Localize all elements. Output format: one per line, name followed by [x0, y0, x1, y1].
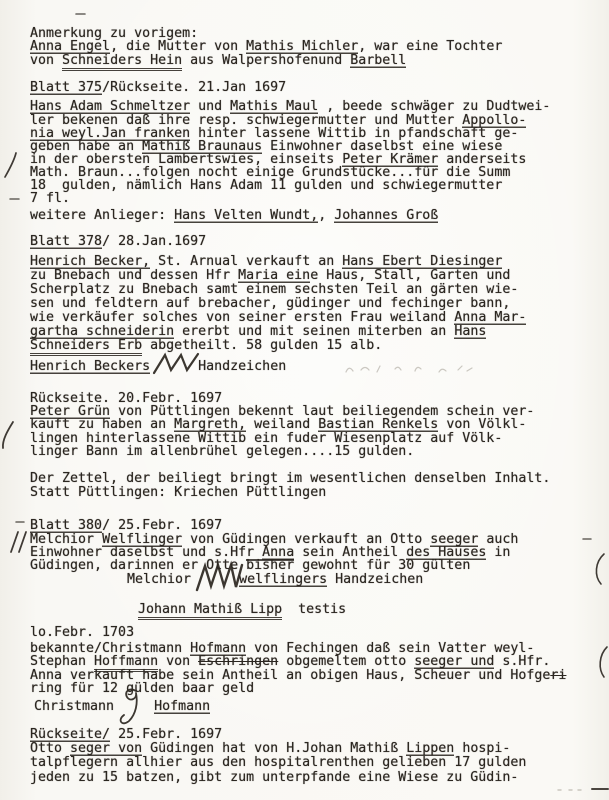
- document-line: gartha schneiderin ererbt und mit seinen…: [30, 325, 486, 339]
- text-segment: Blatt 378: [30, 235, 102, 249]
- text-segment: St. Arnual verkauft an: [150, 255, 342, 269]
- text-segment: in: [486, 546, 510, 560]
- text-segment: Anna Mar-: [454, 311, 526, 325]
- text-segment: Blatt 380: [30, 519, 102, 533]
- text-segment: testis: [282, 603, 346, 617]
- text-segment: Güdingen hat von H.Johan Mathiß: [142, 742, 406, 756]
- text-segment: Stephan: [30, 655, 94, 669]
- text-segment: s.Hfr.: [494, 655, 550, 669]
- text-segment: seeger und: [414, 655, 494, 669]
- text-segment: Hans Ebert Diesinger: [342, 255, 502, 269]
- text-segment: / 28.Jan.1697: [102, 235, 206, 249]
- text-segment: Handzeichen: [198, 360, 286, 374]
- text-segment: bisher: [246, 559, 294, 573]
- text-segment: Güdingen, darinnen er Otte: [30, 559, 246, 573]
- text-segment: Hofmann: [154, 700, 210, 714]
- text-segment: weitere Anlieger:: [30, 209, 174, 223]
- text-segment: von: [158, 655, 198, 669]
- text-segment: Blatt 375: [30, 81, 102, 95]
- text-segment: Johann Mathiß Lipp: [138, 603, 282, 620]
- text-segment: Handzeichen: [327, 573, 423, 587]
- text-segment: , die Mutter von: [110, 40, 246, 54]
- document-line: 7 fl.: [30, 192, 70, 206]
- text-segment: Bastian Renkels: [318, 418, 438, 432]
- document-line: Schneiders Erb abgetheilt. 58 gulden 15 …: [30, 339, 382, 353]
- pencil-note: [343, 360, 478, 380]
- document-line: Der Zettel, der beiliegt bringt im wesen…: [30, 472, 550, 486]
- text-segment: Scherplatz zu Bnebach samt einem sechste…: [30, 283, 518, 297]
- typed-dash-blatt380: [16, 521, 24, 524]
- text-segment: Henrich Beckers: [30, 360, 150, 374]
- document-line: Melchior welflingers Handzeichen: [127, 573, 423, 587]
- document-line: Anna Engel, die Mutter von Mathis Michle…: [30, 40, 502, 54]
- document-line: sen und feldtern auf brebacher, güdinger…: [30, 297, 510, 311]
- text-segment: ring für 12 gülden baar geld: [30, 682, 254, 696]
- text-segment: aus Walpershofenund: [182, 54, 350, 68]
- text-segment: Eschringen: [198, 655, 278, 669]
- document-line: Güdingen, darinnen er Otte bisher gewohn…: [30, 559, 470, 573]
- document-line: ring für 12 gülden baar geld: [30, 682, 254, 696]
- text-segment: , war eine Tochter: [358, 40, 502, 54]
- document-line: wie verkäufer solches von seiner ersten …: [30, 311, 526, 325]
- text-segment: Hans: [454, 325, 486, 339]
- text-segment: 7 fl.: [30, 192, 70, 206]
- text-segment: 18 gulden, nämlich Hans Adam 11 gulden u…: [30, 179, 502, 193]
- typed-dash-7fl: [10, 198, 19, 201]
- typed-dash-right: [583, 538, 591, 541]
- text-segment: abgetheilt. 58 gulden 15 alb.: [142, 339, 382, 353]
- text-segment: Schneiders Hein: [62, 54, 182, 71]
- text-segment: Rückseite/: [30, 728, 110, 742]
- handwritten-slash-mark-1: [4, 152, 18, 178]
- handwritten-parallel-marks: [10, 530, 28, 554]
- right-paren-mark-2: [596, 645, 609, 679]
- text-segment: Mathis Maul: [230, 100, 318, 114]
- text-segment: ri: [550, 669, 566, 683]
- text-segment: linger Bann im allenbrühel gelegen....15…: [30, 445, 414, 459]
- scanned-document-page: Anmerkung zu vorigem:Anna Engel, die Mut…: [0, 0, 609, 800]
- text-segment: hospi-: [454, 742, 510, 756]
- document-line: Henrich Beckers Handzeichen: [30, 360, 286, 374]
- text-segment: Johannes Groß: [334, 209, 438, 223]
- text-segment: , beede schwäger zu Dudtwei-: [318, 100, 550, 114]
- document-line: Scherplatz zu Bnebach samt einem sechste…: [30, 283, 518, 297]
- text-segment: [122, 700, 154, 714]
- text-segment: zu Bnebach und dessen Hfr: [30, 269, 238, 283]
- document-line: 18 gulden, nämlich Hans Adam 11 gulden u…: [30, 179, 502, 193]
- document-line: Christmann Hofmann: [34, 700, 210, 714]
- document-line: von Schneiders Hein aus Walpershofenund …: [30, 54, 406, 68]
- document-line: Johann Mathiß Lipp testis: [138, 603, 346, 617]
- document-line: talpflegern allhier aus den hospitalrent…: [30, 756, 526, 770]
- text-segment: wie verkäufer solches von seiner ersten …: [30, 311, 454, 325]
- document-line: linger Bann im allenbrühel gelegen....15…: [30, 445, 414, 459]
- pencil-dots-bottom: [556, 788, 582, 792]
- text-segment: sen und feldtern auf brebacher, güdinger…: [30, 297, 510, 311]
- text-segment: Hans Velten Wundt,: [174, 209, 318, 223]
- text-segment: Henrich Becker,: [30, 255, 150, 269]
- text-segment: Maria ein: [238, 269, 310, 283]
- text-segment: 25.Febr. 1697: [110, 728, 222, 742]
- typed-dash-top: [76, 13, 85, 16]
- text-segment: e Haus, Stall, Garten und: [310, 269, 510, 283]
- text-segment: gartha schneiderin: [30, 325, 174, 339]
- document-line: Henrich Becker, St. Arnual verkauft an H…: [30, 255, 502, 269]
- text-segment: ,: [318, 209, 334, 223]
- text-segment: Lippen: [406, 742, 454, 756]
- text-segment: von: [30, 54, 62, 68]
- document-line: Otto seger von Güdingen hat von H.Johan …: [30, 742, 510, 756]
- document-line: weitere Anlieger: Hans Velten Wundt,, Jo…: [30, 209, 438, 223]
- handwritten-curve-mark-2: [0, 420, 14, 450]
- text-segment: ererbt und mit seinen miterben an: [174, 325, 454, 339]
- text-segment: / 25.Febr. 1697: [102, 519, 222, 533]
- text-segment: weiland: [246, 418, 318, 432]
- text-segment: von Völkl-: [438, 418, 526, 432]
- text-segment: Anna Engel: [30, 40, 110, 54]
- text-segment: Melchior: [127, 573, 199, 587]
- text-segment: obgemeltem otto: [278, 655, 414, 669]
- text-segment: welflingers: [239, 573, 327, 587]
- document-line: lo.Febr. 1703: [30, 626, 134, 640]
- text-segment: [199, 573, 239, 587]
- right-paren-mark-1: [591, 552, 607, 586]
- document-line: zu Bnebach und dessen Hfr Maria eine Hau…: [30, 269, 510, 283]
- text-segment: Barbell: [350, 54, 406, 68]
- document-line: Stephan Hoffmann von Eschringen obgemelt…: [30, 655, 550, 669]
- text-segment: Der Zettel, der beiliegt bringt im wesen…: [30, 472, 550, 486]
- document-line: jeden zu 15 batzen, gibt zum unterpfande…: [30, 771, 518, 785]
- text-segment: Hans Adam Schmeltzer: [30, 100, 190, 114]
- document-line: Rückseite/ 25.Febr. 1697: [30, 728, 222, 742]
- text-segment: Otto: [30, 742, 70, 756]
- text-segment: /Rückseite. 21.Jan 1697: [102, 81, 286, 95]
- document-line: Hans Adam Schmeltzer und Mathis Maul , b…: [30, 100, 550, 114]
- text-segment: jeden zu 15 batzen, gibt zum unterpfande…: [30, 771, 518, 785]
- text-segment: Schneiders Erb: [30, 339, 142, 356]
- text-segment: kauft zu haben an: [30, 418, 174, 432]
- document-line: kauft zu haben an Margreth, weiland Bast…: [30, 418, 526, 432]
- text-segment: talpflegern allhier aus den hospitalrent…: [30, 756, 526, 770]
- text-segment: und: [190, 100, 230, 114]
- text-segment: Statt Püttlingen: Kriechen Püttlingen: [30, 486, 326, 500]
- document-line: Statt Püttlingen: Kriechen Püttlingen: [30, 486, 326, 500]
- text-segment: Margreth,: [174, 418, 246, 432]
- text-segment: Mathis Michler: [246, 40, 358, 54]
- text-segment: Christmann: [34, 700, 122, 714]
- text-segment: [150, 360, 198, 374]
- document-line: Blatt 378/ 28.Jan.1697: [30, 235, 206, 249]
- bottom-edge-dash: [592, 788, 608, 791]
- text-segment: gewohnt für 30 gülten: [294, 559, 470, 573]
- document-line: Blatt 375/Rückseite. 21.Jan 1697: [30, 81, 286, 95]
- text-segment: lo.Febr. 1703: [30, 626, 134, 640]
- text-segment: seger von: [70, 742, 142, 756]
- document-line: Blatt 380/ 25.Febr. 1697: [30, 519, 222, 533]
